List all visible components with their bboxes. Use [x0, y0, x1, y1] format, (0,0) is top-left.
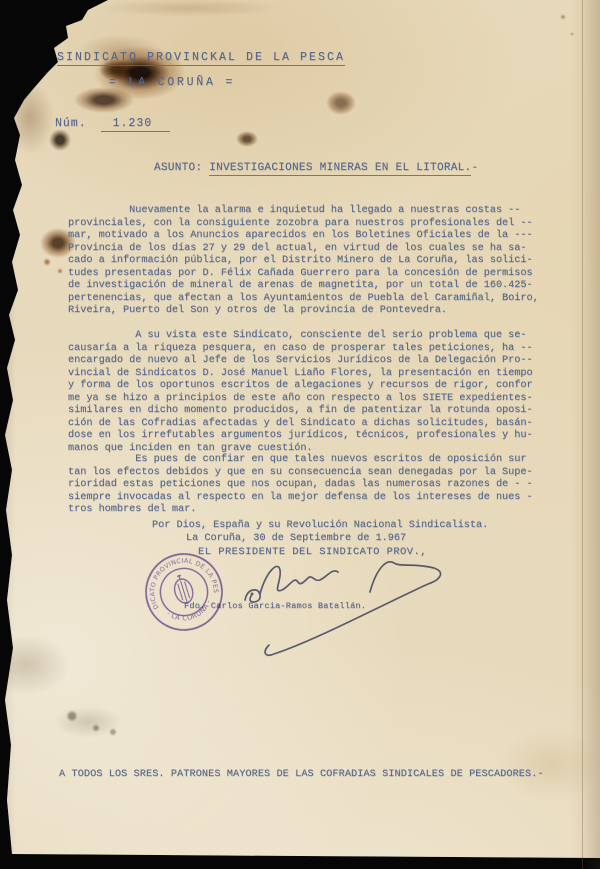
document-number: Núm.1.230 — [55, 117, 170, 130]
subject-title: INVESTIGACIONES MINERAS EN EL LITORAL. — [209, 162, 471, 176]
signature-ink-dot — [251, 593, 254, 596]
body-paragraph-2: A su vista este Sindicato, consciente de… — [68, 330, 533, 455]
signature-flourish — [265, 562, 440, 655]
signature-scribble — [245, 566, 338, 602]
paper-right-edge-crease — [582, 0, 600, 869]
closing-motto: Por Dios, España y su Revolución Naciona… — [152, 520, 488, 531]
body-paragraph-3: Es pues de confiar en que tales nuevos e… — [68, 454, 533, 517]
subject-suffix: - — [471, 162, 478, 174]
subject-line: ASUNTO: INVESTIGACIONES MINERAS EN EL LI… — [154, 162, 478, 174]
scanned-letter: SINDICATO PROVINCKAL DE LA PESCA = LA CO… — [0, 0, 600, 869]
body-paragraph-1: Nuevamente la alarma e inquietud ha lleg… — [68, 205, 539, 318]
handwritten-signature — [220, 548, 460, 673]
letterhead-place: = LA CORUÑA = — [109, 76, 235, 89]
number-value: 1.230 — [101, 117, 171, 132]
subject-label: ASUNTO: — [154, 162, 209, 174]
letterhead-org-name: SINDICATO PROVINCKAL DE LA PESCA — [57, 51, 345, 64]
number-label: Núm. — [55, 117, 87, 130]
footer-distribution-line: A TODOS LOS SRES. PATRONES MAYORES DE LA… — [59, 769, 544, 780]
org-name-text: SINDICATO PROVINCKAL DE LA PESCA — [57, 51, 345, 66]
closing-dateline: La Coruña, 30 de Septiembre de 1.967 — [186, 533, 406, 544]
